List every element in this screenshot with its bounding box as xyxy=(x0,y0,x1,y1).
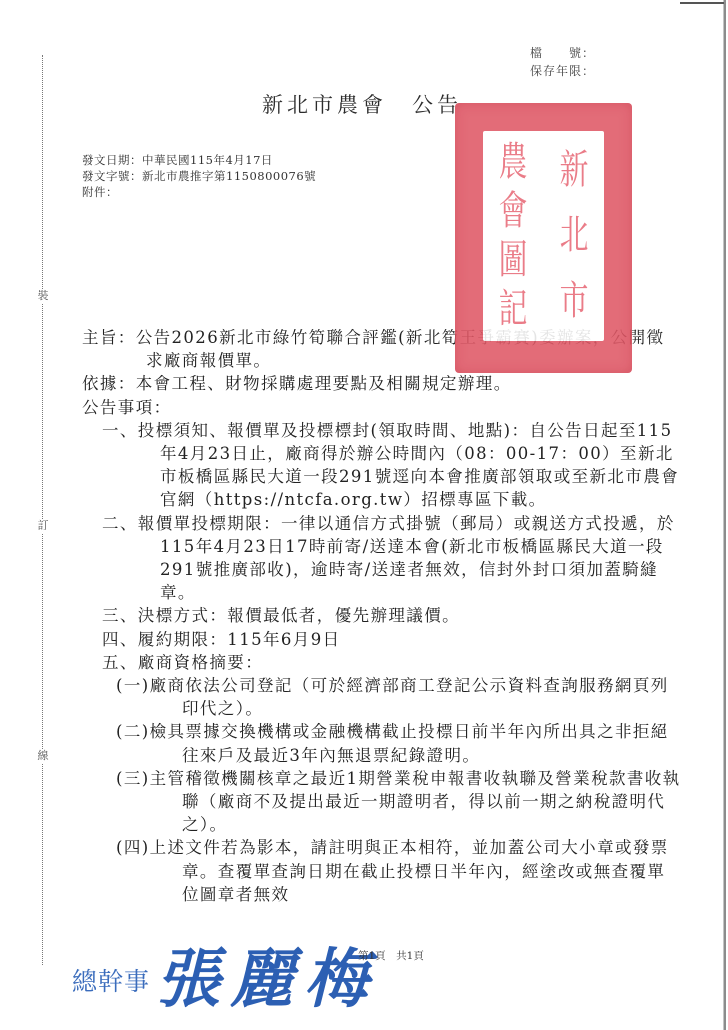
signature-name: 張麗梅 xyxy=(156,940,378,1020)
seal-inner: 新 北 市 農 會 圖 記 xyxy=(483,131,604,341)
page-right-border xyxy=(723,0,726,1030)
sub-item-2: (二)檢具票據交換機構或金融機構截止投標日前半年內所出具之非拒絕往來戶及最近3年… xyxy=(82,720,682,766)
issue-doc-number: 發文字號：新北市農推字第1150800076號 xyxy=(82,168,316,184)
document-title: 新北市農會 公告 xyxy=(262,89,462,119)
seal-column-left: 農 會 圖 記 xyxy=(499,138,528,334)
items-heading: 公告事項： xyxy=(82,396,682,419)
attachment: 附件： xyxy=(82,184,316,200)
item-1: 一、投標須知、報價單及投標標封(領取時間、地點)：自公告日起至115年4月23日… xyxy=(82,419,682,512)
seal-char: 記 xyxy=(499,285,528,334)
seal-char: 農 xyxy=(499,138,528,187)
announcement-body: 主旨：公告2026新北市綠竹筍聯合評鑑(新北筍王爭霸賽)委辦案，公開徵求廠商報價… xyxy=(82,326,682,906)
sub-item-3: (三)主管稽徵機關核章之最近1期營業稅申報書收執聯及營業稅款書收執聯（廠商不及提… xyxy=(82,767,682,837)
sub-item-1: (一)廠商依法公司登記（可於經濟部商工登記公示資料查詢服務網頁列印代之）。 xyxy=(82,674,682,720)
item-3: 三、決標方式：報價最低者，優先辦理議價。 xyxy=(82,604,682,627)
archive-meta: 檔 號： 保存年限： xyxy=(530,44,595,80)
binding-line xyxy=(42,55,43,965)
file-number-label: 檔 號： xyxy=(530,44,595,62)
seal-char: 會 xyxy=(499,187,528,236)
basis: 依據：本會工程、財物採購處理要點及相關規定辦理。 xyxy=(82,372,682,395)
seal-char: 北 xyxy=(559,211,588,260)
seal-char: 市 xyxy=(559,277,588,326)
binding-char-zhuang: 裝 xyxy=(36,289,50,303)
issue-info: 發文日期：中華民國115年4月17日 發文字號：新北市農推字第115080007… xyxy=(82,152,316,200)
binding-char-ding: 訂 xyxy=(36,519,50,533)
signature-title: 總幹事 xyxy=(72,962,150,998)
binding-char-xian: 線 xyxy=(36,749,50,763)
issue-date: 發文日期：中華民國115年4月17日 xyxy=(82,152,316,168)
official-seal: 新 北 市 農 會 圖 記 xyxy=(455,103,632,373)
item-4: 四、履約期限：115年6月9日 xyxy=(82,628,682,651)
item-5: 五、廠商資格摘要： xyxy=(82,651,682,674)
retention-label: 保存年限： xyxy=(530,62,595,80)
seal-char: 新 xyxy=(559,146,588,195)
item-2: 二、報價單投標期限：一律以通信方式掛號（郵局）或親送方式投遞，於115年4月23… xyxy=(82,512,682,605)
seal-char: 圖 xyxy=(499,236,528,285)
signature-block: 總幹事 張麗梅 xyxy=(72,940,378,1020)
seal-column-right: 新 北 市 xyxy=(559,138,588,334)
sub-item-4: (四)上述文件若為影本，請註明與正本相符，並加蓋公司大小章或發票章。查覆單查詢日… xyxy=(82,836,682,906)
page-top-border xyxy=(680,2,724,4)
page-number: 第1頁 共1頁 xyxy=(358,948,424,963)
